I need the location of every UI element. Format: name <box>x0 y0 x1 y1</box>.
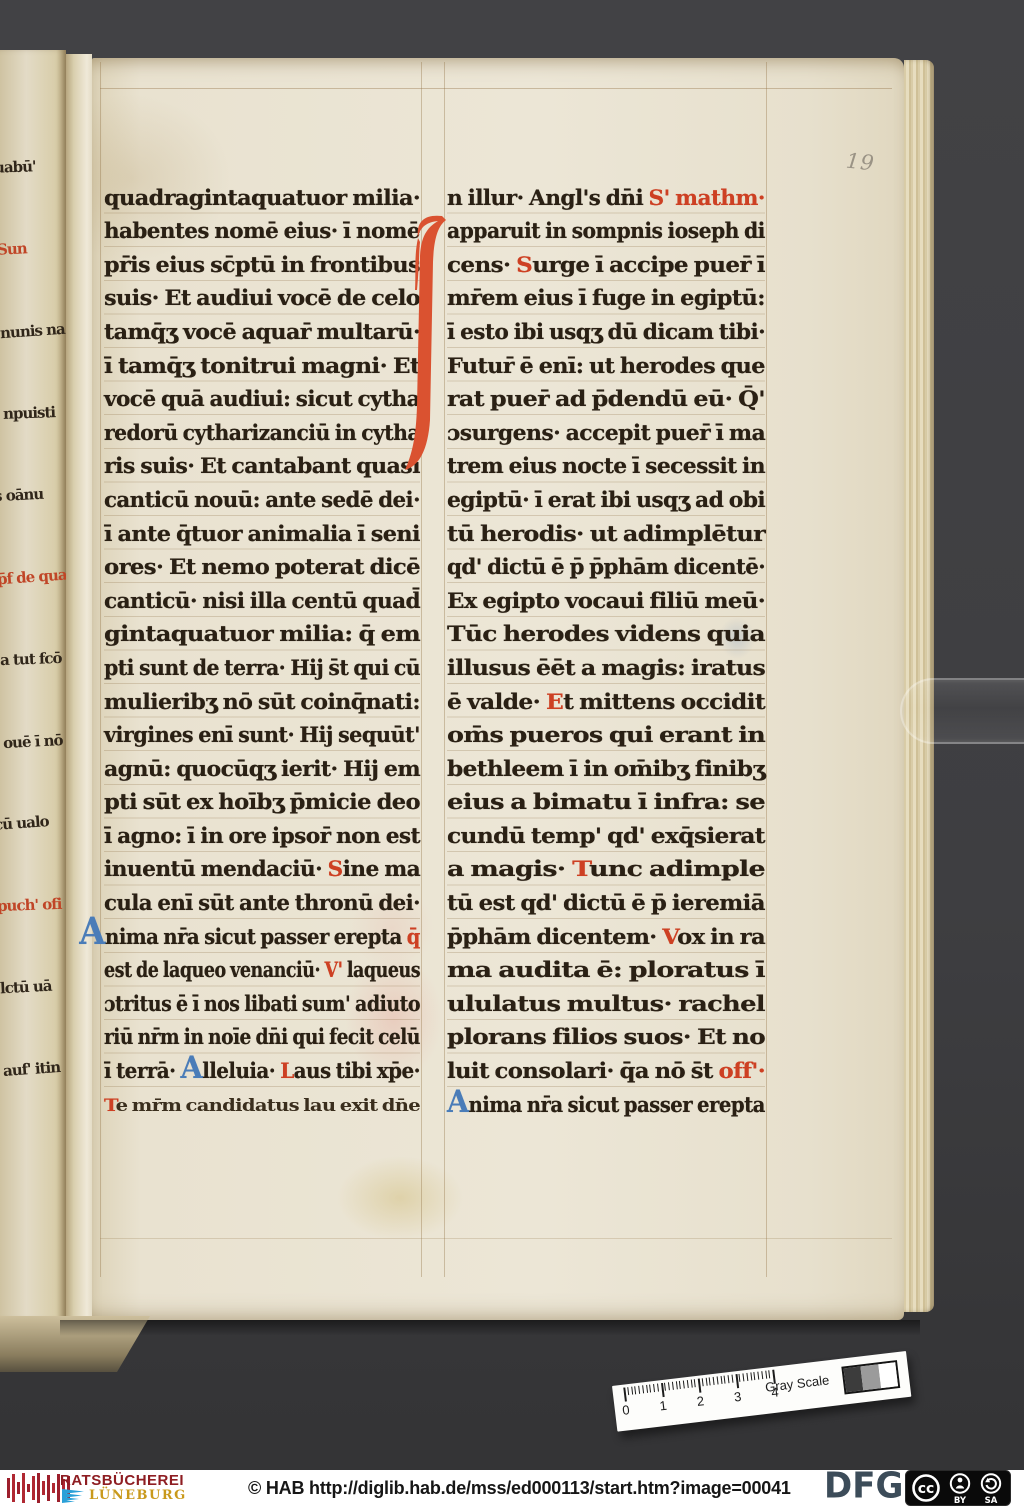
ruler-tick-label: 3 <box>733 1389 742 1405</box>
text-line: ē valde· Et mittens occidit <box>447 684 765 718</box>
ruler-minor-tick <box>653 1384 655 1392</box>
spine-text-fragment: uabū' <box>0 157 36 176</box>
text-line: qd' dictū ē p̄ p̄phām dicentē· <box>447 550 765 584</box>
text-line: pr̄is eius sc̄ptū in frontibus <box>104 247 420 281</box>
ruler-tick-label: 0 <box>621 1402 630 1418</box>
folio-number-pencil: 19 <box>845 149 876 176</box>
ruler-minor-tick <box>638 1386 640 1394</box>
dfg-logo: DFG <box>824 1465 903 1506</box>
ruler-minor-tick <box>664 1383 666 1391</box>
library-name-line2: LÜNEBURG <box>89 1488 187 1503</box>
spine-text-fragment: npuisti <box>3 403 56 423</box>
book-spine-previous-leaf: uabū'Sunnunis nanpuistis oānup̄f de quaa… <box>0 50 66 1320</box>
text-line: canticū nouū: ante sedē dei· <box>104 482 420 516</box>
ruler-minor-tick <box>709 1377 711 1385</box>
text-line: cula enī sūt ante thronū dei· <box>104 885 420 919</box>
svg-text:BY: BY <box>954 1496 967 1506</box>
ruler-tick-label: 2 <box>696 1393 705 1409</box>
text-line: Ex egipto vocaui filiū meū· <box>447 583 765 617</box>
red-initial-i <box>404 212 448 478</box>
text-line: ī tamq̄ʒ tonitrui magni· Et <box>104 348 420 382</box>
text-line: tamq̄ʒ vocē aquar̄ multarū· <box>104 314 420 348</box>
leaf-edge <box>66 54 92 1320</box>
text-line: ī ante q̄tuor animalia ī seni <box>104 516 420 550</box>
ruler-minor-tick <box>631 1387 633 1395</box>
spine-text-fragment: ouē ī nō de <box>3 730 66 752</box>
digitized-manuscript-viewer: { "folio": { "number": "19" }, "colors":… <box>0 0 1024 1506</box>
spine-text-fragment: nunis na <box>0 320 65 342</box>
ruler-minor-tick <box>754 1372 756 1380</box>
text-line: agnū: quocūqʒ ierit· Hij em <box>104 751 420 785</box>
book-shadow <box>60 1320 920 1336</box>
text-column-right: n illur· Angl's dn̄i S' mathm·apparuit i… <box>447 180 765 1120</box>
text-line: trem eius nocte ī secessit in <box>447 449 765 483</box>
text-line: ris suis· Et cantabant quasi <box>104 449 420 483</box>
text-line: cundū temp' qd' exq̄sierat <box>447 818 765 852</box>
ruling-line-horizontal <box>100 1238 892 1239</box>
text-line: ɔsurgens· accepit puer̄ ī ma <box>447 415 765 449</box>
text-line: est de laqueo venanciū· V' laqueus <box>104 953 420 987</box>
text-line: ī esto ibi usqʒ dū dicam tibi· <box>447 314 765 348</box>
ruler-minor-tick <box>731 1375 733 1383</box>
text-line: ɔtritus ē ī nos libati sum' adiuto <box>104 986 420 1020</box>
text-line: ma audita ē: ploratus ī <box>447 953 765 987</box>
text-line: Tūc herodes videns quia <box>447 617 765 651</box>
text-line: rat puer̄ ad p̄dendū eū· Q̄' <box>447 382 765 416</box>
text-line: ululatus multus· rachel <box>447 986 765 1020</box>
text-line: redorū cytharizanciū in cytha <box>104 415 420 449</box>
text-line: p̄phām dicentem· Vox in ra <box>447 919 765 953</box>
copyright-attribution: © HAB http://diglib.hab.de/mss/ed000113/… <box>248 1478 791 1499</box>
grayscale-ruler: 01234 Gray Scale <box>612 1351 911 1432</box>
grayscale-patches <box>841 1360 900 1394</box>
text-line: om̄s pueros qui erant in <box>447 718 765 752</box>
ruler-minor-tick <box>657 1384 659 1392</box>
text-line: vocē quā audiui: sicut cytha <box>104 382 420 416</box>
text-line: quadragintaquatuor milia· <box>104 180 420 214</box>
open-book-icon <box>62 1488 86 1503</box>
svg-text:cc: cc <box>918 1481 935 1497</box>
ruler-minor-tick <box>694 1379 696 1387</box>
text-line: inuentū mendaciū· Sine ma <box>104 852 420 886</box>
text-line: ī agno: ī in ore ipsor̄ non est <box>104 818 420 852</box>
ruler-minor-tick <box>705 1378 707 1386</box>
text-line: suis· Et audiui vocē de celo <box>104 281 420 315</box>
ruler-minor-tick <box>765 1371 767 1379</box>
ruler-minor-tick <box>761 1371 763 1379</box>
text-line: mulieribʒ nō sūt coinq̄nati: <box>104 684 420 718</box>
ruling-line-vertical <box>100 62 101 1277</box>
ruler-minor-tick <box>690 1380 692 1388</box>
ruler-minor-tick <box>728 1375 730 1383</box>
ruler-minor-tick <box>675 1381 677 1389</box>
text-line: mr̄em eius ī fuge in egiptū: <box>447 281 765 315</box>
ruler-minor-tick <box>746 1373 748 1381</box>
ruler-tick-label: 1 <box>659 1398 668 1414</box>
text-line: ores· Et nemo poterat dicē <box>104 550 420 584</box>
text-line: canticū· nisi illa centū quad̄ <box>104 583 420 617</box>
text-line: eius a bimatu ī infra: se <box>447 785 765 819</box>
text-line: a magis· Tunc adimple <box>447 852 765 886</box>
text-line: illusus ēēt a magis: iratus <box>447 650 765 684</box>
ruler-minor-tick <box>716 1376 718 1384</box>
text-line: plorans filios suos· Et no <box>447 1020 765 1054</box>
svg-text:SA: SA <box>985 1496 998 1506</box>
text-line: ī terrā· Alleluia· Laus tibi xp̄e· <box>104 1053 420 1087</box>
text-line: pti sūt ex hoībʒ p̄micie deo <box>104 785 420 819</box>
text-line: tū est qd' dictū ē p̄ ieremiā <box>447 885 765 919</box>
text-column-left: quadragintaquatuor milia·habentes nomē e… <box>104 180 420 1120</box>
spine-text-fragment: p̄f de qua <box>0 566 66 589</box>
ruling-line-horizontal <box>100 88 892 89</box>
library-name-line1: RATSBÜCHEREI <box>60 1472 187 1489</box>
spine-text-fragment: lctū uā <box>0 977 52 998</box>
ruler-minor-tick <box>713 1377 715 1385</box>
ruler-minor-tick <box>642 1385 644 1393</box>
ruler-minor-tick <box>672 1382 674 1390</box>
library-name: RATSBÜCHEREI LÜNEBURG <box>60 1472 187 1503</box>
spine-text-fragment: s oānu <box>0 485 44 506</box>
spine-text-fragment: auf' itin <box>2 1058 60 1080</box>
ruler-minor-tick <box>634 1386 636 1394</box>
spine-text-fragment: a tut fcō <box>0 649 62 669</box>
spine-text-fragment: cū ualo <box>0 812 49 834</box>
spine-text-fragment: puch' ofi <box>0 895 62 915</box>
text-line: tū herodis· ut adimplētur <box>447 516 765 550</box>
ruler-minor-tick <box>724 1376 726 1384</box>
text-line: habentes nomē eius· ī nomē <box>104 214 420 248</box>
text-line: riū nr̄m in noīe dn̄i qui fecit celū <box>104 1020 420 1054</box>
text-line: bethleem ī in om̄ibʒ finibʒ <box>447 751 765 785</box>
text-line: Anima nr̄a sicut passer erepta q̄ <box>104 919 420 953</box>
ruler-minor-tick <box>687 1380 689 1388</box>
ruler-minor-tick <box>683 1380 685 1388</box>
text-line: luit consolari· q̄a nō s̄t off'· <box>447 1053 765 1087</box>
ruler-minor-tick <box>739 1374 741 1382</box>
ruler-minor-tick <box>768 1370 770 1378</box>
ruler-minor-tick <box>750 1372 752 1380</box>
text-line: egiptū· ī erat ibi usqʒ ad obi <box>447 482 765 516</box>
cc-by-sa-badge: cc BY SA <box>905 1470 1011 1506</box>
gray-patch-white <box>878 1362 898 1388</box>
ruler-minor-tick <box>742 1373 744 1381</box>
ruler-minor-tick <box>701 1378 703 1386</box>
text-line: apparuit in sompnis ioseph di <box>447 214 765 248</box>
open-manuscript-book: uabū'Sunnunis nanpuistis oānup̄f de quaa… <box>0 50 936 1322</box>
acrylic-page-holder <box>900 678 1024 744</box>
ruler-minor-tick <box>649 1384 651 1392</box>
text-line: Futur̄ ē enī: ut herodes que <box>447 348 765 382</box>
spine-text-fragment: Sun <box>0 239 27 259</box>
ruler-minor-tick <box>679 1381 681 1389</box>
ruler-minor-tick <box>757 1372 759 1380</box>
text-line: gintaquatuor milia: q̄ em <box>104 617 420 651</box>
text-line: pti sunt de terra· Hij s̄t qui cū <box>104 650 420 684</box>
ruler-minor-tick <box>668 1382 670 1390</box>
text-line: Anima nr̄a sicut passer erepta <box>447 1087 765 1121</box>
ruler-minor-tick <box>720 1376 722 1384</box>
text-line: Te mr̄m candidatus lau exit dn̄e <box>104 1087 420 1121</box>
text-line: cens· Surge ī accipe puer̄ ī <box>447 247 765 281</box>
footer-bar: RATSBÜCHEREI LÜNEBURG © HAB http://digli… <box>0 1470 1024 1506</box>
text-line: n illur· Angl's dn̄i S' mathm· <box>447 180 765 214</box>
ruler-minor-tick <box>646 1385 648 1393</box>
ruling-line-vertical <box>766 62 767 1277</box>
text-line: virgines enī sunt· Hij sequūt' <box>104 718 420 752</box>
ruler-minor-tick <box>627 1387 629 1395</box>
